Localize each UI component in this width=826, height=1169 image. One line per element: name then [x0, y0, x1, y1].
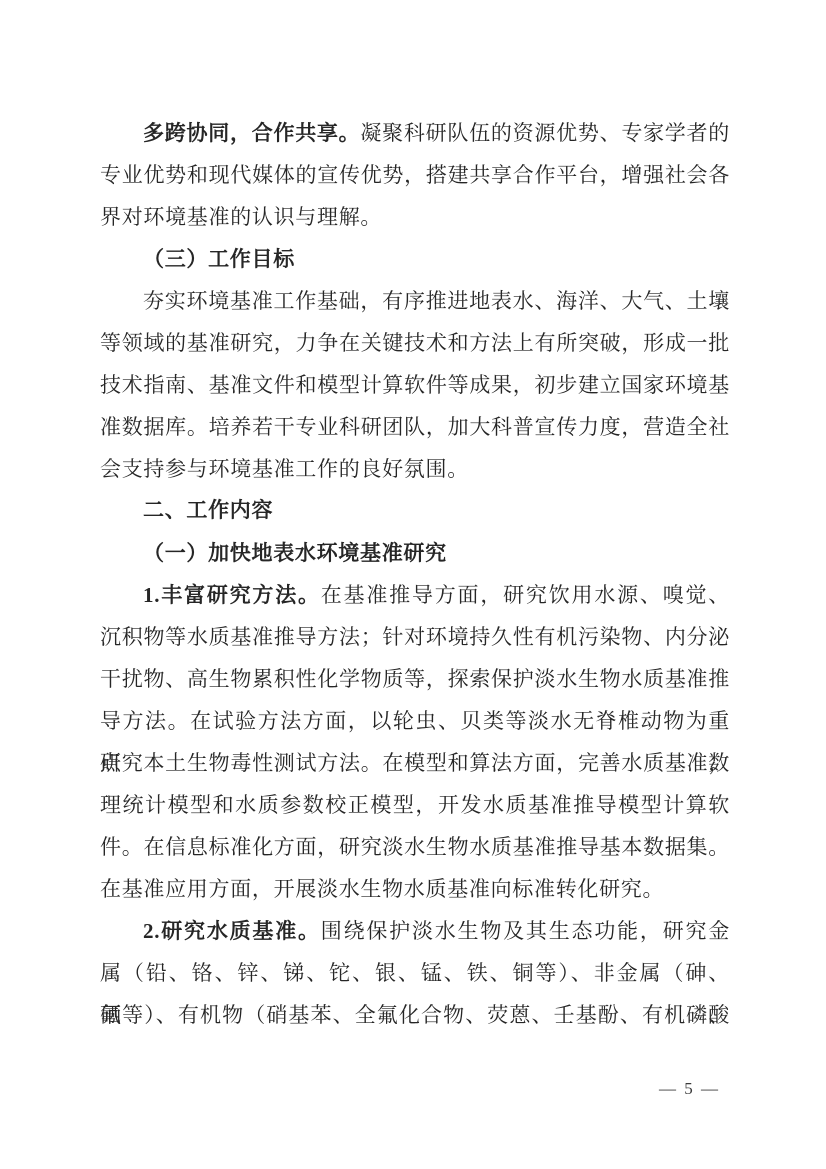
- heading-line: （三）工作目标: [100, 238, 730, 280]
- text-line: 氟等）、有机物（硝基苯、全氟化合物、荧蒽、壬基酚、有机磷酸: [100, 994, 730, 1036]
- emphasis-run: （三）工作目标: [143, 247, 295, 271]
- text-run: 界对环境基准的认识与理解。: [100, 205, 382, 229]
- text-run: 氟等）、有机物（硝基苯、全氟化合物、荧蒽、壬基酚、有机磷酸: [100, 1003, 730, 1027]
- text-run: 理统计模型和水质参数校正模型，开发水质基准推导模型计算软: [100, 793, 730, 817]
- text-run: 专业优势和现代媒体的宣传优势，搭建共享合作平台，增强社会各: [100, 163, 730, 187]
- text-line: 专业优势和现代媒体的宣传优势，搭建共享合作平台，增强社会各: [100, 154, 730, 196]
- page-number: — 5 —: [659, 1078, 720, 1100]
- text-line: 夯实环境基准工作基础，有序推进地表水、海洋、大气、土壤: [100, 280, 730, 322]
- emphasis-run: 多跨协同，合作共享。: [143, 121, 360, 145]
- text-line: 1.丰富研究方法。在基准推导方面，研究饮用水源、嗅觉、: [100, 574, 730, 616]
- text-run: 在基准推导方面，研究饮用水源、嗅觉、: [321, 583, 730, 607]
- text-line: 准数据库。培养若干专业科研团队，加大科普宣传力度，营造全社: [100, 406, 730, 448]
- text-run: 夯实环境基准工作基础，有序推进地表水、海洋、大气、土壤: [143, 289, 730, 313]
- text-run: 准数据库。培养若干专业科研团队，加大科普宣传力度，营造全社: [100, 415, 730, 439]
- text-line: 沉积物等水质基准推导方法；针对环境持久性有机污染物、内分泌: [100, 616, 730, 658]
- text-line: 干扰物、高生物累积性化学物质等，探索保护淡水生物水质基准推: [100, 658, 730, 700]
- text-line: 理统计模型和水质参数校正模型，开发水质基准推导模型计算软: [100, 784, 730, 826]
- text-line: 导方法。在试验方法方面，以轮虫、贝类等淡水无脊椎动物为重点，: [100, 700, 730, 742]
- text-line: 属（铅、铬、锌、锑、铊、银、锰、铁、铜等）、非金属（砷、硒、: [100, 952, 730, 994]
- text-line: 在基准应用方面，开展淡水生物水质基准向标准转化研究。: [100, 868, 730, 910]
- text-run: 等领域的基准研究，力争在关键技术和方法上有所突破，形成一批: [100, 331, 730, 355]
- text-run: 技术指南、基准文件和模型计算软件等成果，初步建立国家环境基: [100, 373, 730, 397]
- text-run: 在基准应用方面，开展淡水生物水质基准向标准转化研究。: [100, 877, 664, 901]
- text-line: 等领域的基准研究，力争在关键技术和方法上有所突破，形成一批: [100, 322, 730, 364]
- text-line: 研究本土生物毒性测试方法。在模型和算法方面，完善水质基准数: [100, 742, 730, 784]
- emphasis-run: 二、工作内容: [143, 499, 273, 522]
- text-line: 会支持参与环境基准工作的良好氛围。: [100, 448, 730, 490]
- heading-line: 二、工作内容: [100, 490, 730, 532]
- text-line: 件。在信息标准化方面，研究淡水生物水质基准推导基本数据集。: [100, 826, 730, 868]
- text-run: 沉积物等水质基准推导方法；针对环境持久性有机污染物、内分泌: [100, 625, 730, 649]
- text-line: 技术指南、基准文件和模型计算软件等成果，初步建立国家环境基: [100, 364, 730, 406]
- text-line: 界对环境基准的认识与理解。: [100, 196, 730, 238]
- text-line: 2.研究水质基准。围绕保护淡水生物及其生态功能，研究金: [100, 910, 730, 952]
- text-block: 多跨协同，合作共享。凝聚科研队伍的资源优势、专家学者的专业优势和现代媒体的宣传优…: [100, 112, 730, 1036]
- emphasis-run: 1.丰富研究方法。: [143, 583, 321, 607]
- heading-line: （一）加快地表水环境基准研究: [100, 532, 730, 574]
- text-run: 围绕保护淡水生物及其生态功能，研究金: [321, 919, 730, 943]
- text-run: 干扰物、高生物累积性化学物质等，探索保护淡水生物水质基准推: [100, 667, 730, 691]
- document-page: 多跨协同，合作共享。凝聚科研队伍的资源优势、专家学者的专业优势和现代媒体的宣传优…: [0, 0, 826, 1169]
- text-run: 凝聚科研队伍的资源优势、专家学者的: [360, 121, 730, 145]
- text-run: 件。在信息标准化方面，研究淡水生物水质基准推导基本数据集。: [100, 835, 730, 859]
- text-line: 多跨协同，合作共享。凝聚科研队伍的资源优势、专家学者的: [100, 112, 730, 154]
- emphasis-run: （一）加快地表水环境基准研究: [143, 541, 447, 565]
- text-run: 研究本土生物毒性测试方法。在模型和算法方面，完善水质基准数: [100, 751, 730, 775]
- emphasis-run: 2.研究水质基准。: [143, 919, 321, 943]
- text-run: 会支持参与环境基准工作的良好氛围。: [100, 457, 469, 481]
